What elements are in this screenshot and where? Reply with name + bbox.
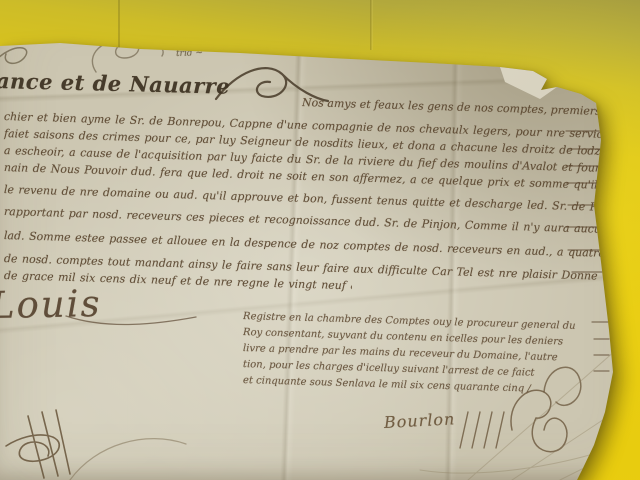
clerk-signature: Bourlon (384, 409, 456, 432)
paraph-loops (511, 390, 567, 451)
parchment-wrapper: ance et de Nauarre trìd ~ Nos amys et fe… (0, 0, 640, 480)
bottom-left-paraph (6, 410, 70, 478)
pen-flourish (92, 40, 163, 72)
manuscript-opening-line: Nos amys et feaux les gens de nos compte… (302, 96, 608, 118)
photo-background: ance et de Nauarre trìd ~ Nos amys et fe… (0, 0, 640, 480)
king-signature: Louis (0, 282, 102, 327)
ink-sweep (70, 439, 186, 480)
marginal-note: trìd ~ (176, 48, 203, 59)
docket-scribble (430, 34, 540, 58)
parchment-document: ance et de Nauarre trìd ~ Nos amys et fe… (0, 0, 640, 480)
paraph-strokes (460, 412, 504, 448)
document-heading: ance et de Nauarre (0, 68, 230, 99)
